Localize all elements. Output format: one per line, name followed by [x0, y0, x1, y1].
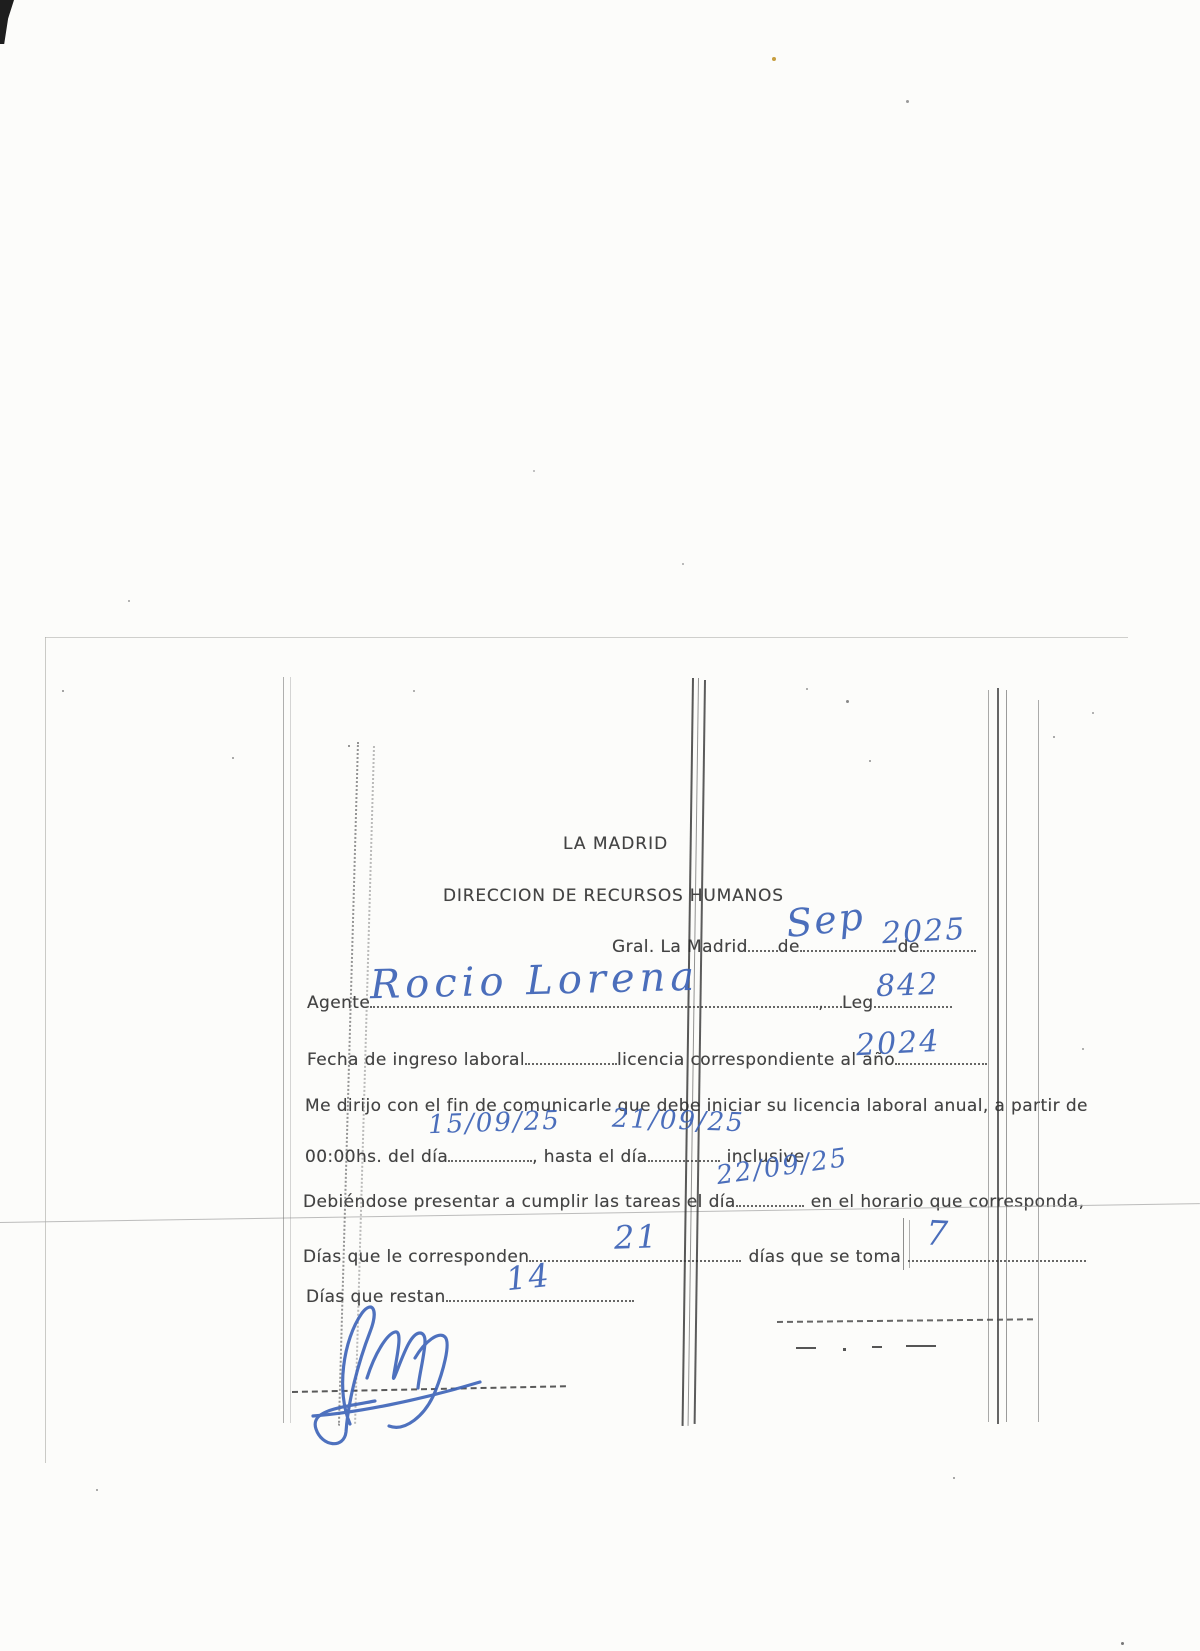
- document-subtitle: DIRECCION DE RECURSOS HUMANOS: [443, 886, 784, 906]
- speck: [772, 57, 776, 61]
- speck: [953, 1477, 955, 1479]
- signature-line-right: [777, 1318, 1033, 1323]
- fold-line: [283, 677, 284, 1423]
- return-prefix: Debiéndose presentar a cumplir las tarea…: [303, 1192, 736, 1212]
- fold-line: [909, 1220, 910, 1268]
- speck: [1092, 712, 1094, 714]
- handwritten-year: 2025: [881, 912, 967, 951]
- speck: [806, 688, 808, 690]
- fold-line: [290, 677, 291, 1423]
- fold-line: [1006, 690, 1007, 1422]
- speck: [846, 700, 849, 703]
- handwritten-month: Sep: [784, 894, 867, 946]
- agent-label: Agente: [307, 993, 370, 1013]
- speck: [232, 757, 234, 759]
- handwritten-legajo: 842: [875, 967, 939, 1004]
- scanned-document-page: LA MADRID DIRECCION DE RECURSOS HUMANOS …: [0, 0, 1200, 1651]
- speck: [1053, 736, 1055, 738]
- document-title: LA MADRID: [563, 834, 668, 854]
- corner-scan-mark: [0, 0, 14, 44]
- speck: [906, 100, 909, 103]
- dotted-fill: [525, 1049, 617, 1065]
- fold-line: [997, 688, 999, 1424]
- speck: [96, 1489, 98, 1491]
- handwritten-days-taken: 7: [925, 1213, 951, 1254]
- handwritten-days-remaining: 14: [504, 1256, 552, 1298]
- speck: [1121, 1642, 1124, 1645]
- license-year-label: licencia correspondiente al año: [617, 1050, 895, 1070]
- stray-mark: [843, 1348, 846, 1351]
- fold-line: [988, 690, 989, 1422]
- speck: [682, 563, 684, 565]
- legajo-label: Leg: [842, 993, 874, 1013]
- speck: [62, 690, 64, 692]
- speck: [128, 600, 130, 602]
- dotted-fill: [748, 936, 778, 952]
- stray-mark: [872, 1346, 882, 1348]
- dotted-fill-return-date: [736, 1191, 804, 1207]
- paper-top-edge: [45, 637, 1128, 638]
- handwritten-start-date: 15/09/25: [428, 1106, 562, 1141]
- handwritten-agent-name: Rocio Lorena: [369, 954, 699, 1009]
- fold-line: [903, 1218, 904, 1270]
- handwritten-license-year: 2024: [855, 1024, 941, 1063]
- dotted-fill: [824, 992, 842, 1008]
- days-entitled-label: Días que le corresponden: [303, 1247, 529, 1267]
- return-line: Debiéndose presentar a cumplir las tarea…: [303, 1191, 1084, 1212]
- paper-left-edge: [45, 637, 46, 1463]
- handwritten-end-date: 21/09/25: [612, 1104, 746, 1139]
- speck: [1082, 1048, 1084, 1050]
- signature: [295, 1296, 490, 1456]
- title-text: LA MADRID: [563, 834, 668, 854]
- days-line: Días que le correspondendías que se toma: [303, 1246, 1086, 1267]
- handwritten-days-entitled: 21: [613, 1217, 659, 1257]
- speck: [348, 745, 350, 747]
- dotted-fill-start-date: [448, 1146, 532, 1162]
- stray-mark: [796, 1347, 816, 1349]
- ingreso-label: Fecha de ingreso laboral: [307, 1050, 525, 1070]
- hours-prefix: 00:00hs. del día: [305, 1147, 448, 1167]
- days-taken-label: días que se toma: [748, 1247, 901, 1267]
- fold-line: [1038, 700, 1039, 1422]
- hours-middle: , hasta el día: [532, 1147, 647, 1167]
- speck: [869, 760, 871, 762]
- dotted-fill-end-date: [648, 1146, 720, 1162]
- subtitle-text: DIRECCION DE RECURSOS HUMANOS: [443, 886, 784, 906]
- stray-mark: [906, 1345, 936, 1347]
- speck: [413, 690, 415, 692]
- speck: [533, 470, 535, 472]
